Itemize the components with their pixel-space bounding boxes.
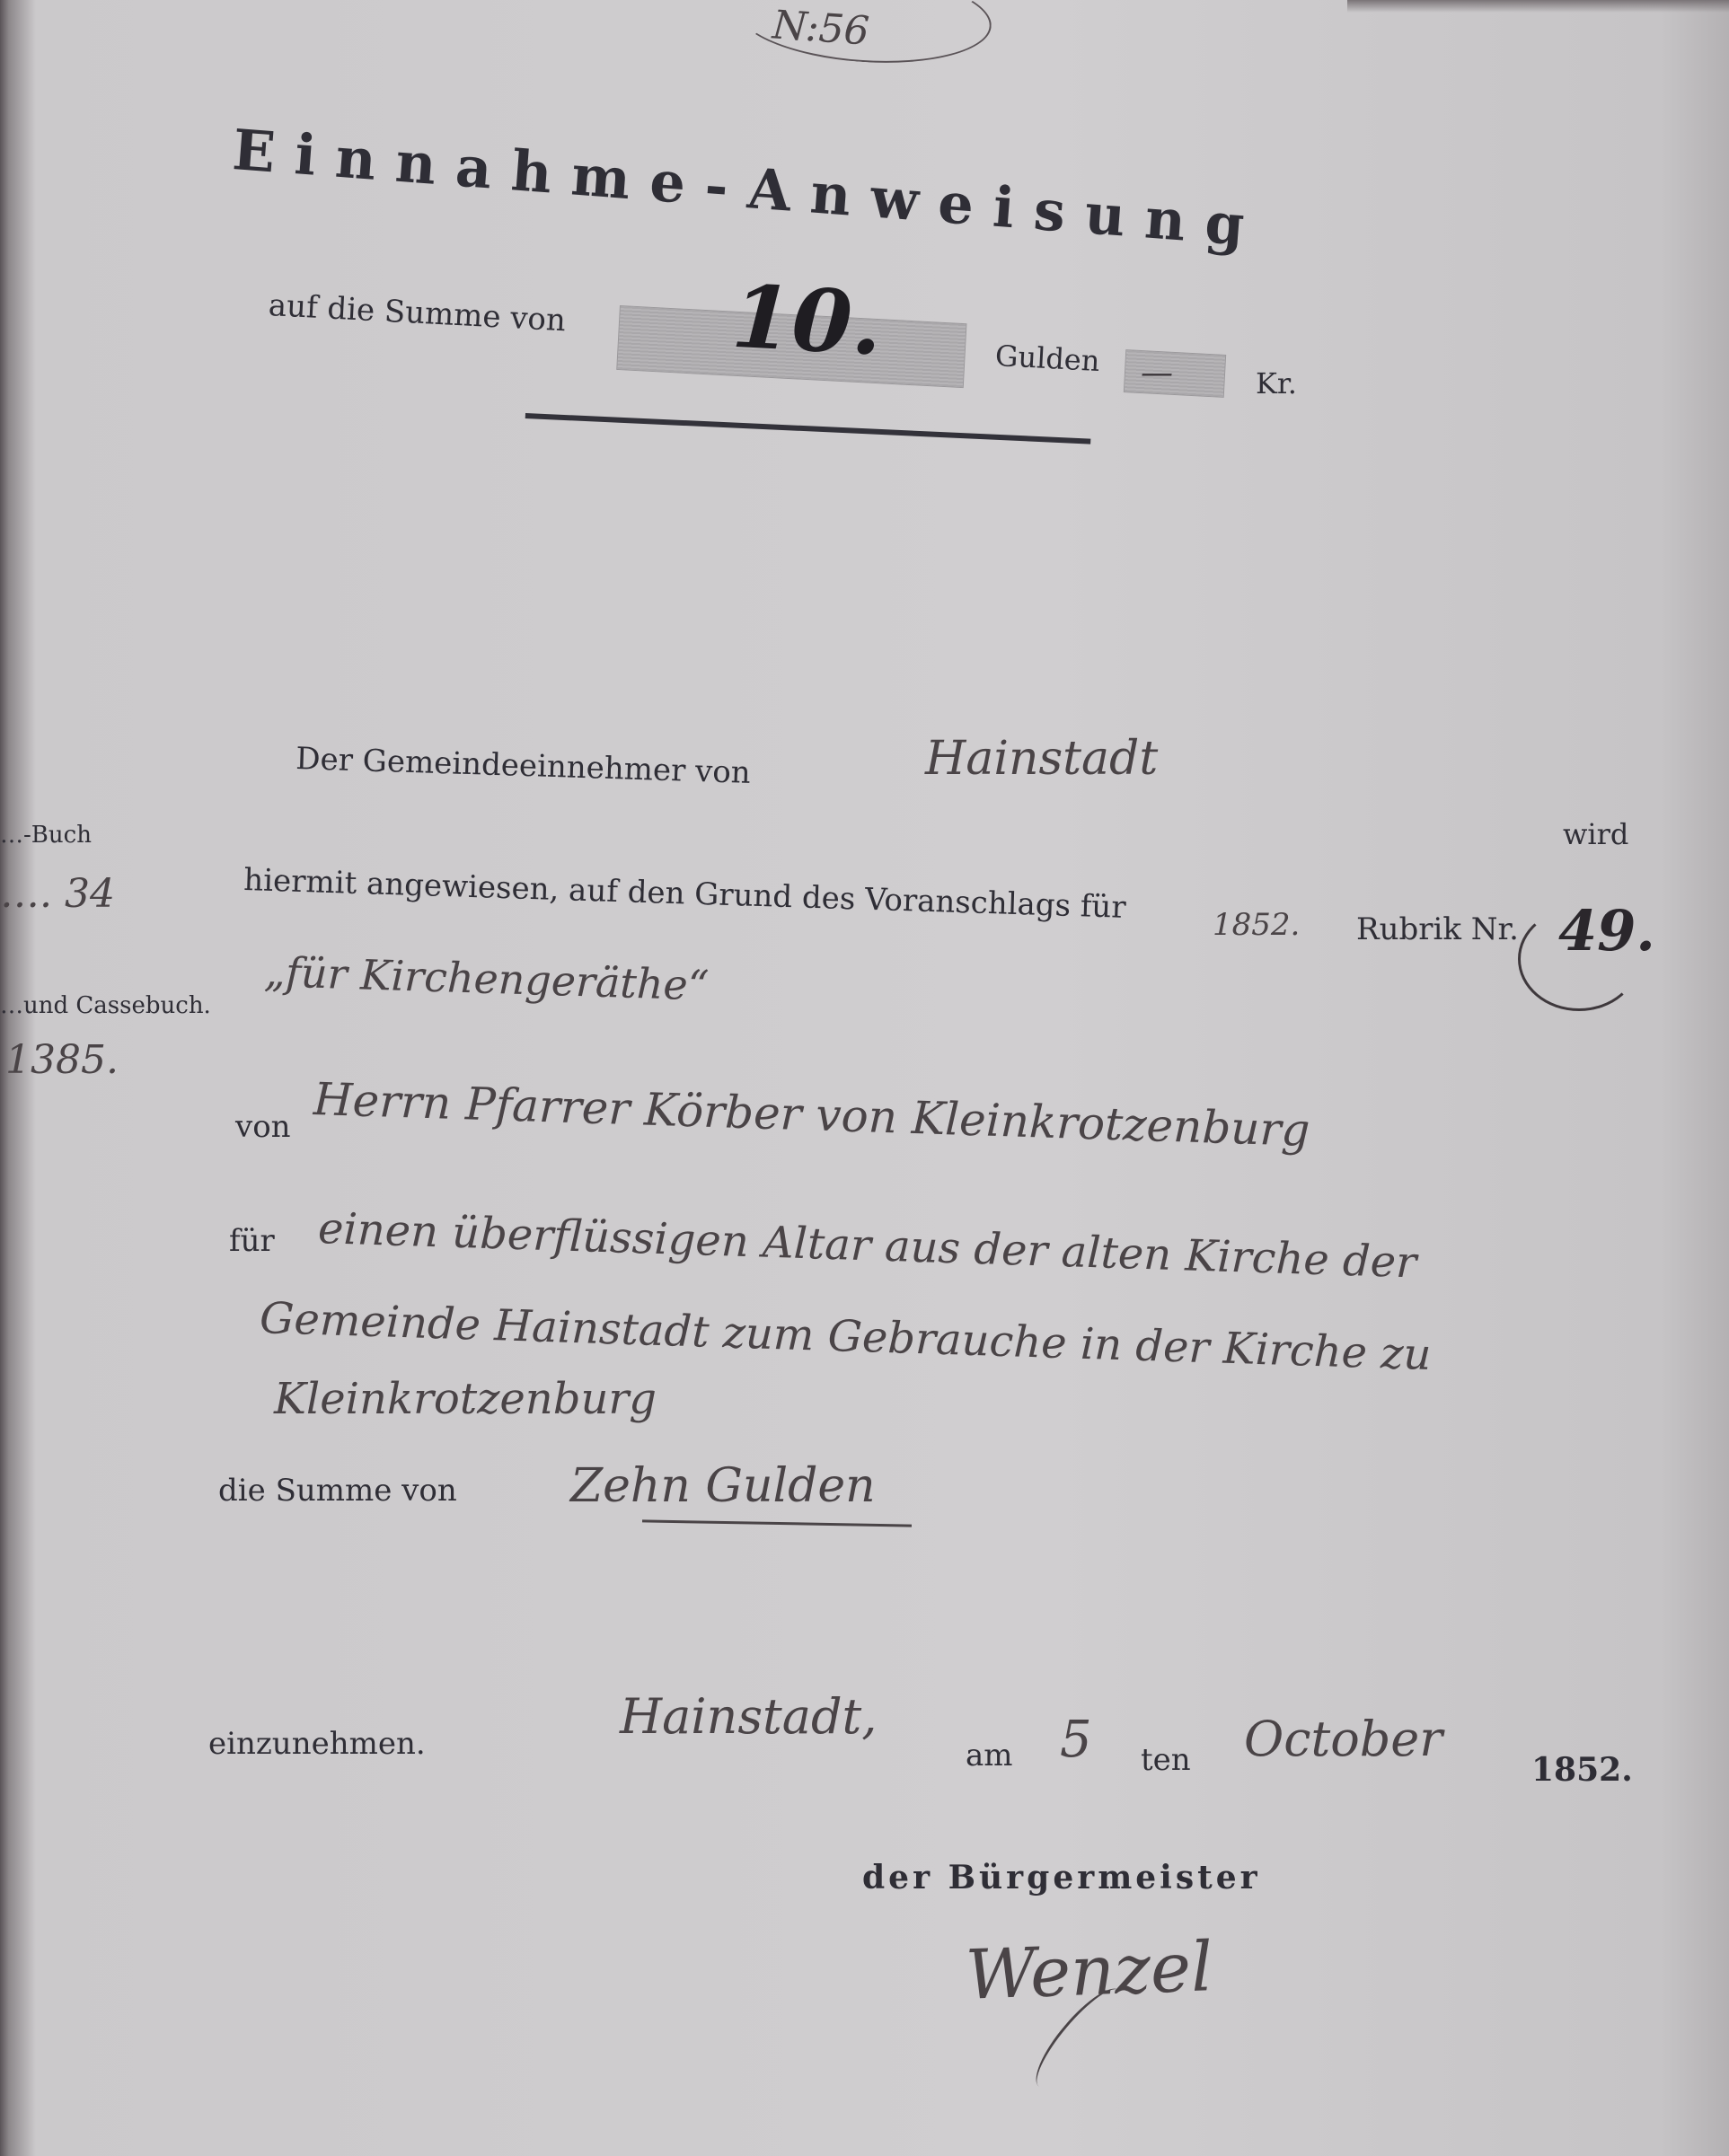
margin-cassebuch-number: 1385. <box>5 1037 119 1083</box>
kreuzer-amount-value: — <box>1141 355 1173 392</box>
sum-underline <box>642 1519 912 1527</box>
issue-day: 5 <box>1060 1711 1092 1769</box>
margin-buch-number: …. 34 <box>0 871 115 917</box>
gulden-amount-value: 10. <box>729 266 885 375</box>
purpose-line-2: Gemeinde Hainstadt zum Gebrauche in der … <box>259 1293 1432 1380</box>
issue-month: October <box>1244 1711 1442 1767</box>
title-divider <box>525 413 1091 444</box>
kreuzer-amount-field <box>1124 349 1226 398</box>
purpose-line-3: Kleinkrotzenburg <box>274 1374 657 1424</box>
margin-buch-label: …-Buch <box>0 822 92 849</box>
payer-prefix: von <box>235 1109 291 1145</box>
collect-label: einzunehmen. <box>208 1726 426 1762</box>
sum-prefix: die Summe von <box>218 1473 457 1509</box>
reference-number: N:56 <box>771 2 870 54</box>
purpose-prefix: für <box>229 1223 275 1259</box>
amount-prefix: auf die Summe von <box>268 287 567 339</box>
mayor-title: der Bürgermeister <box>862 1859 1261 1896</box>
payer-name: Herrn Pfarrer Körber von Kleinkrotzenbur… <box>313 1073 1310 1157</box>
purpose-line-1: einen überflüssigen Altar aus der alten … <box>317 1203 1417 1288</box>
issue-year: 1852. <box>1531 1751 1633 1789</box>
collector-label: Der Gemeindeeinnehmer von <box>296 741 752 791</box>
collector-place: Hainstadt <box>925 732 1158 786</box>
rubrik-number: 49. <box>1558 898 1655 964</box>
instruction-text: hiermit angewiesen, auf den Grund des Vo… <box>243 862 1126 926</box>
document-page: N:56 Einnahme-Anweisung auf die Summe vo… <box>0 0 1729 2156</box>
wird-label: wird <box>1563 817 1628 851</box>
gulden-label: Gulden <box>994 339 1100 378</box>
page-shadow <box>1347 0 1729 13</box>
issue-place: Hainstadt, <box>620 1688 877 1745</box>
rubrik-label: Rubrik Nr. <box>1356 911 1519 947</box>
document-title: Einnahme-Anweisung <box>231 117 1266 260</box>
margin-cassebuch-label: …und Cassebuch. <box>0 992 211 1019</box>
sum-in-words: Zehn Gulden <box>570 1459 876 1513</box>
ten-label: ten <box>1141 1742 1191 1778</box>
kreuzer-label: Kr. <box>1256 366 1297 400</box>
budget-year: 1852. <box>1213 907 1300 943</box>
am-label: am <box>966 1738 1013 1773</box>
rubrik-title: „für Kirchengeräthe“ <box>263 947 710 1010</box>
